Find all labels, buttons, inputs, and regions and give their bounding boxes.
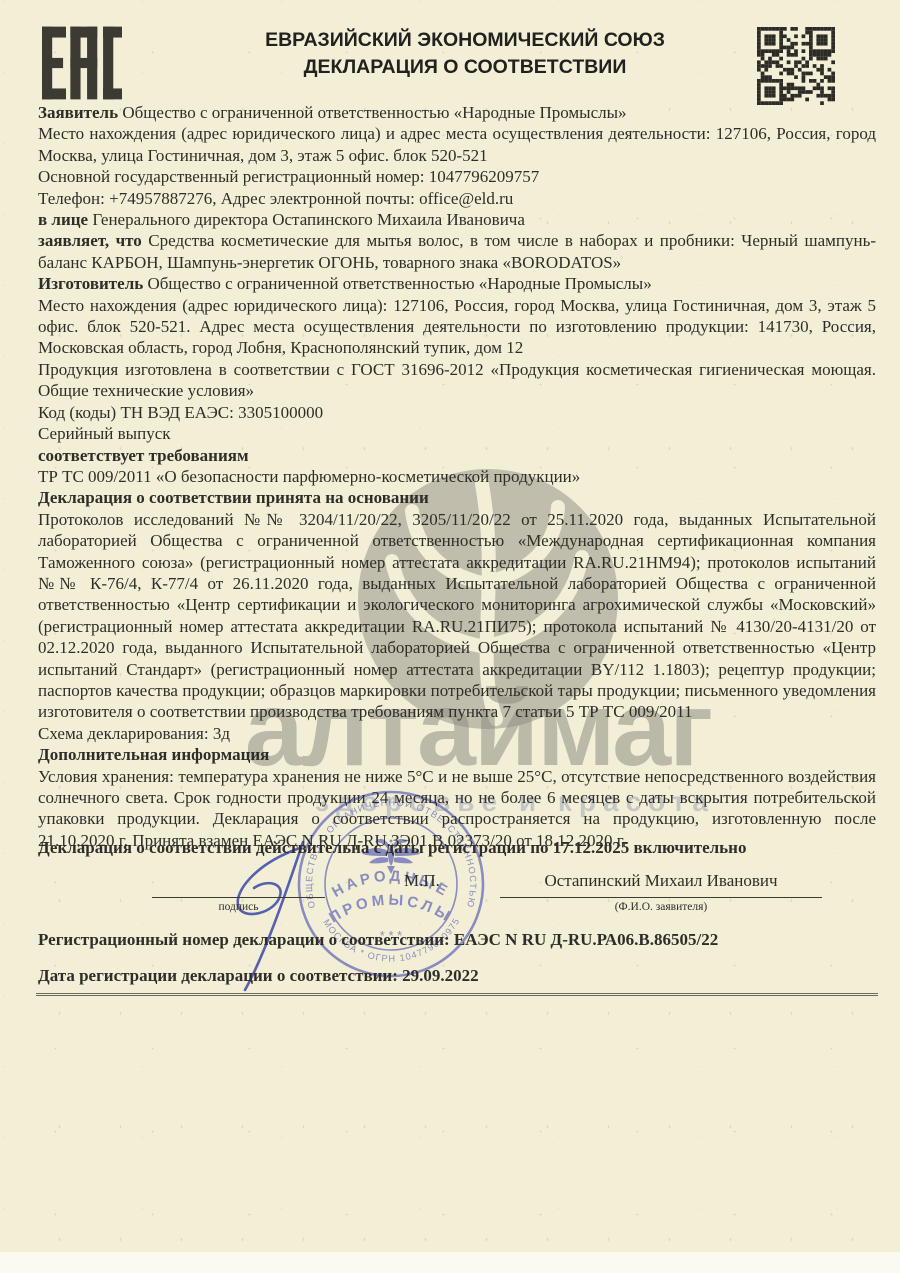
paragraph-address: Место нахождения (адрес юридического лиц… [38,123,876,166]
registration-date-line: Дата регистрации декларации о соответств… [38,966,876,986]
paragraph-gost: Продукция изготовлена в соответствии с Г… [38,359,876,402]
title-line2: ДЕКЛАРАЦИЯ О СООТВЕТСТВИИ [160,54,770,81]
signature-caption: подпись [152,901,325,913]
paragraph-basis-heading: Декларация о соответствии принята на осн… [38,487,876,508]
applicant-name-line [500,897,822,898]
divider-line [36,993,878,996]
paragraph-applicant: Заявитель Общество с ограниченной ответс… [38,102,876,123]
paragraph-scheme: Схема декларирования: 3д [38,723,876,744]
stamp-place-label: М.П. [404,871,440,891]
paragraph-ogrn: Основной государственный регистрационный… [38,166,876,187]
paragraph-tnved-code: Код (коды) ТН ВЭД ЕАЭС: 3305100000 [38,402,876,423]
paragraph-manufacturer: Изготовитель Общество с ограниченной отв… [38,273,876,294]
eac-mark-icon [42,26,122,100]
signature-line [152,897,325,898]
paragraph-representative: в лице Генерального директора Остапинско… [38,209,876,230]
paragraph-declares: заявляет, что Средства косметические для… [38,230,876,273]
declaration-document: алтаймаг здоровье и красота ЕВРАЗИЙСКИЙ … [0,0,900,1273]
paragraph-additional-heading: Дополнительная информация [38,744,876,765]
paragraph-protocols: Протоколов исследований №№ 3204/11/20/22… [38,509,876,723]
qr-code-icon [757,27,835,105]
validity-line: Декларация о соответствии действительна … [38,838,876,858]
applicant-caption: (Ф.И.О. заявителя) [500,901,822,913]
paragraph-contacts: Телефон: +74957887276, Адрес электронной… [38,188,876,209]
paragraph-serial: Серийный выпуск [38,423,876,444]
paragraph-tr-ts: ТР ТС 009/2011 «О безопасности парфюмерн… [38,466,876,487]
stamp-name-line2: ПРОМЫСЛЫ [326,892,455,927]
document-body: Заявитель Общество с ограниченной ответс… [38,102,876,851]
page-title: ЕВРАЗИЙСКИЙ ЭКОНОМИЧЕСКИЙ СОЮЗ ДЕКЛАРАЦИ… [160,27,770,81]
scan-edge [0,1252,900,1273]
applicant-name: Остапинский Михаил Иванович [500,871,822,891]
title-line1: ЕВРАЗИЙСКИЙ ЭКОНОМИЧЕСКИЙ СОЮЗ [160,27,770,54]
registration-number-line: Регистрационный номер декларации о соотв… [38,930,876,950]
paragraph-complies-heading: соответствует требованиям [38,445,876,466]
paragraph-manufacturer-address: Место нахождения (адрес юридического лиц… [38,295,876,359]
